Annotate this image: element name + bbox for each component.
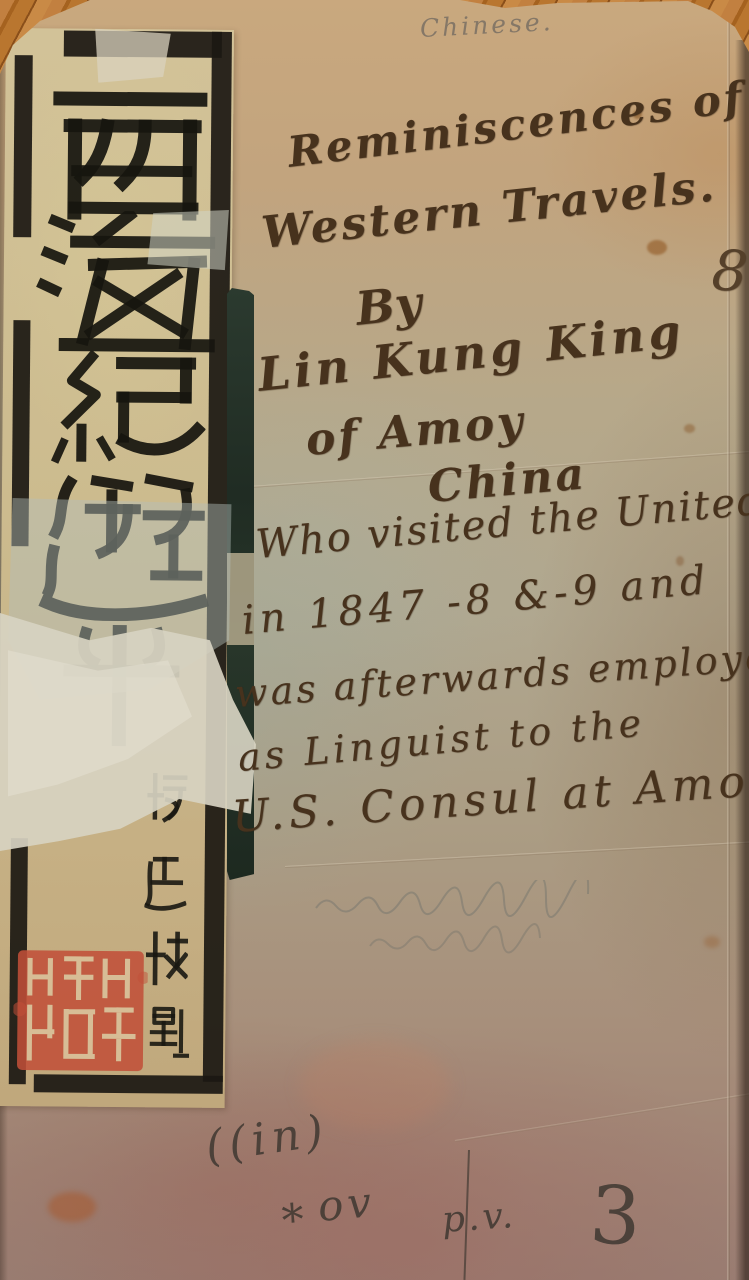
faint-pencil-inscription xyxy=(310,880,670,970)
paper-crease xyxy=(455,1093,749,1142)
pencil-mark-ov: ov xyxy=(316,1177,377,1231)
pencil-mark-number-3: 3 xyxy=(588,1168,644,1264)
calligraphy-character-ji xyxy=(47,350,206,469)
inscription-character-ti xyxy=(147,1001,190,1065)
stain-blot xyxy=(48,1192,96,1222)
pencil-mark-parentheses: ((in) xyxy=(202,1105,332,1173)
handwritten-line-9: was afterwards employed xyxy=(233,633,749,716)
inscription-character-qiu xyxy=(146,927,189,989)
paper-crease xyxy=(285,842,749,868)
pencil-mark-pv: p.v. xyxy=(441,1195,518,1241)
red-seal-stamp xyxy=(13,946,148,1077)
handwritten-line-1: Reminiscences of xyxy=(285,72,747,177)
pencil-mark-asterisk: * xyxy=(280,1195,306,1247)
torn-paper-patch xyxy=(88,29,178,84)
manuscript-page: Chinese. Reminiscences of Western Travel… xyxy=(0,0,749,1280)
calligraphy-character-xi xyxy=(44,80,215,231)
handwritten-line-4: Lin Kung King xyxy=(255,303,687,401)
handwritten-line-8: in 1847 -8 &-9 and xyxy=(240,557,712,644)
foxing-stain xyxy=(704,936,720,948)
handwritten-line-3: By xyxy=(353,275,424,336)
slip-frame-bottom xyxy=(34,1074,223,1094)
foxing-stain xyxy=(647,240,667,255)
margin-ink-number: 8 xyxy=(710,238,749,305)
foxing-stain xyxy=(684,424,695,433)
slip-frame-left xyxy=(13,55,33,237)
pencil-annotation-chinese: Chinese. xyxy=(419,7,554,43)
torn-paper-patch xyxy=(144,209,233,274)
photo-of-manuscript-title-page: Chinese. Reminiscences of Western Travel… xyxy=(0,0,749,1280)
inscription-character-ting xyxy=(144,851,187,911)
